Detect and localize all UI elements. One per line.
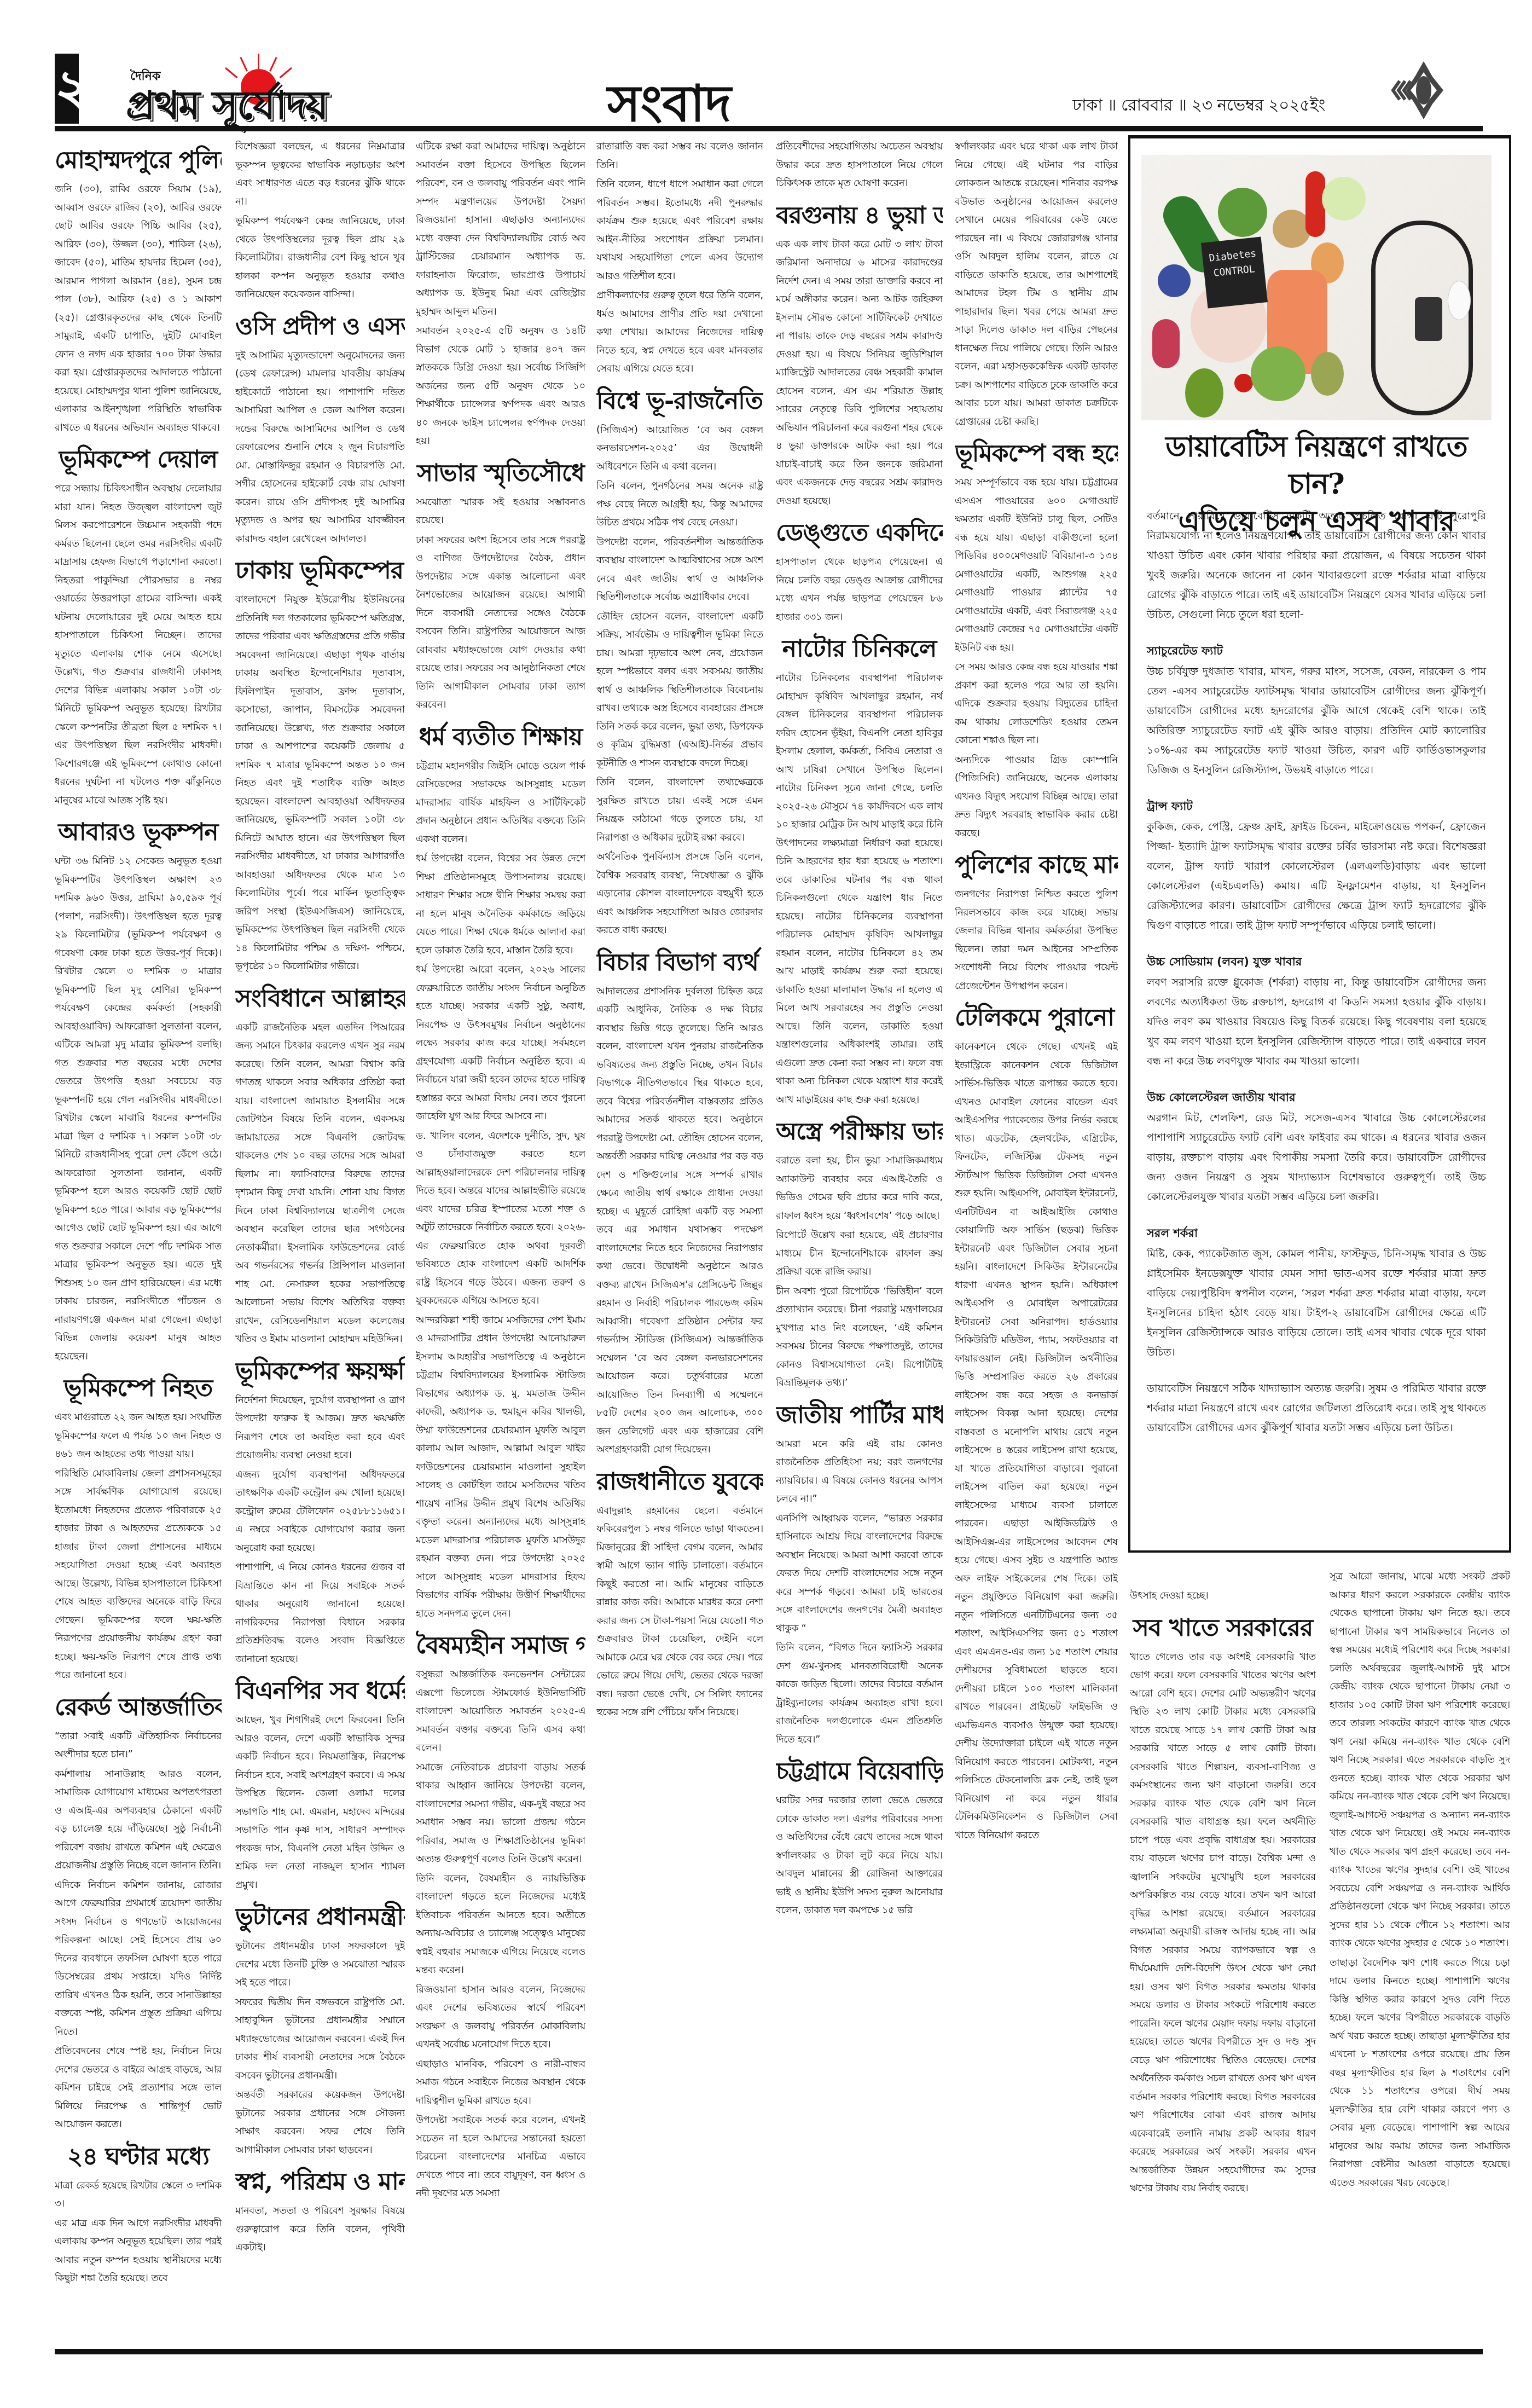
article-text: জনি (৩০), রাব্বি ওরফে সিয়াম (১৯), আব্বা… [55,181,222,437]
article-text: ঢাকা সফরের অংশ হিসেবে তার সঙ্গে পররাষ্ট্… [416,531,585,715]
article-text: নাটোর চিনিকলের ব্যবস্থাপনা পরিচালক মোহাম… [776,669,943,1109]
column-8: সূত্র আরো জানায়, মাঝে মধ্যে সংকট প্রকট … [1330,1568,1510,2345]
diabetes-food-photo: Diabetes CONTROL [1141,155,1492,420]
article-text: মাত্রা রেকর্ড হয়েছে রিখটার স্কেলে ৩ দশম… [55,2177,222,2214]
column-7: উৎসাহ দেওয়া হচ্ছে। সব খাতে সরকারের খাতে… [1130,1587,1316,2345]
article-text: তিনি বলেন, ধাপে ধাপে সমাধান করা গেলে পরি… [596,176,763,286]
article-text: এবং মাগুরাতে ২২ জন আহত হয়। সংঘটিত ভূমিক… [55,1409,222,1464]
article-text: মানবতা, সততা ও পরিবেশ সুরক্ষার বিষয়ে গু… [235,2202,405,2257]
headline[interactable]: বৈষম্যহীন সমাজ গঠনে [416,1629,585,1663]
headline[interactable]: মোহাম্মদপুরে পুলিশের [55,143,222,177]
article-text: এক এক লাখ টাকা করে মোট ৩ লাখ টাকা জরিমান… [776,236,943,511]
article-text: এজন্য দুর্যোগ ব্যবস্থাপনা অধিদফতরে তাৎক্… [235,1466,405,1558]
article-text: হাসপাতাল থেকে ছাড়পত্র পেয়েছেন। এ নিয়ে… [776,553,943,627]
headline[interactable]: সাভার স্মৃতিসৌধে [416,456,585,490]
article-text: বিশেষজ্ঞরা বলছেন, এ ধরনের নিম্নমাত্রার ভ… [235,138,405,211]
article-text: তিনি বলেন, “বিগত দিনে ফ্যাসিস্ট সরকার দে… [776,1639,943,1749]
headline[interactable]: চট্টগ্রামে বিয়েবাড়িতে [776,1755,943,1788]
article-text: সমাবর্তন ২০২৫-এ ৫টি অনুষদ ও ১৪টি বিভাগ থ… [416,322,585,451]
article-text: বরাতে বলা হয়, চীন ভুয়া সামাজিকমাধ্যম অ… [776,1152,943,1225]
article-text: জনগণের নিরাপত্তা নিশ্চিত করতে পুলিশ নিরল… [955,885,1118,995]
column-2: বিশেষজ্ঞরা বলছেন, এ ধরনের নিম্নমাত্রার ভ… [235,138,405,2343]
headline[interactable]: বিচার বিভাগ ব্যর্থ হলে [596,946,763,980]
article-text: (সিজিএস) আয়োজিত ‘বে অব বেঙ্গল কনভারসেশন… [596,421,763,477]
headline[interactable]: অস্ত্রে পরীক্ষায় ভারত [776,1115,943,1149]
article-text: উৎসাহ দেওয়া হচ্ছে। [1130,1587,1316,1606]
article-text: ভুটানের প্রধানমন্ত্রীর ঢাকা সফরকালে দুই … [235,1937,405,1993]
headline[interactable]: ধর্ম ব্যতীত শিক্ষায় [416,720,585,754]
glucometer-icon [1415,297,1442,341]
article-text: সে সময় আরও কেন্দ্র বন্ধ হয়ে যাওয়ার শঙ… [955,658,1118,750]
headline[interactable]: রাজধানীতে যুবকের [596,1465,763,1499]
article-text: বসুন্ধরা আন্তর্জাতিক কনভেনশন সেন্টারের এ… [416,1666,585,1758]
article-text: আন্দরকিল্লা শাহী জামে মসজিদের পেশ ইমাম ও… [416,1312,585,1624]
feature-text: লবণ সরাসরি রক্তে গ্লুকোজ (শর্করা) বাড়ায… [1147,973,1486,1071]
article-text: ধর্ম উপদেষ্টা আরো বলেন, ২০২৬ সালের ফেব্র… [416,961,585,1126]
headline[interactable]: সব খাতে সরকারের [1130,1611,1316,1645]
feature-text: কুকিজ, কেক, পেস্ট্রি, ফ্রেঞ্চ ফ্রাই, ফ্র… [1147,817,1486,935]
article-text: এনসিপি আহ্বায়ক বলেন, “ভারত সরকার হাসিনা… [776,1510,943,1639]
article-text: স্বর্ণালংকার এবং ঘরে থাকা এক লাখ টাকা নি… [955,138,1118,431]
headline[interactable]: বিশ্বে ভূ-রাজনৈতিক [596,384,763,418]
headline[interactable]: ভূমিকম্পে দেয়াল [55,443,222,477]
sun-ray-icon [240,57,248,72]
article-text: ভূমিকম্প পর্যবেক্ষণ কেন্দ্র জানিয়েছে, ঢ… [235,212,405,304]
column-6: স্বর্ণালংকার এবং ঘরে থাকা এক লাখ টাকা নি… [955,138,1118,2343]
article-text: রাতারাতি বন্ধ করা সম্ভব নয় বলেও জানান ত… [596,138,763,175]
radish-icon [1152,319,1180,368]
article-text: পরে সন্ধ্যায় চিকিৎসাধীন অবস্থায় দেলোয়… [55,480,222,810]
headline[interactable]: স্বপ্ন, পরিশ্রম ও মানবিকতার [235,2165,405,2199]
section-title: সংবাদ [607,65,732,149]
feature-headline-line1: ডায়াবেটিস নিয়ন্ত্রণে রাখতে চান? [1141,429,1492,503]
headline[interactable]: সংবিধানে আল্লাহর ওপর [235,982,405,1016]
article-text: তৌহিদ হোসেন বলেন, বাংলাদেশ একটি সক্রিয়,… [596,608,763,773]
article-text: নির্দেশনা দিয়েছেন, দুর্যোগ ব্যবস্থাপনা … [235,1392,405,1465]
article-text: খাতে গেলেও তার বড় অংশই বেসরকারি খাত ভোগ… [1130,1648,1316,2198]
article-text: আমরা মনে করি এই রায় কোনও রাজনৈতিক প্রতি… [776,1435,943,1509]
headline[interactable]: ২৪ ঘণ্টার মধ্যে [55,2140,222,2174]
column-5: প্রতিবেশীদের সহযোগিতায় অচেতন অবস্থায় উ… [776,138,943,2343]
article-text: তিনি বলেন, বৈষম্যহীন ও ন্যায়ভিত্তিক বাং… [416,1870,585,1980]
article-text: পরিস্থিতি মোকাবিলায় জেলা প্রশাসনসমূহের … [55,1465,222,1685]
headline[interactable]: ভূমিকম্পে নিহত [55,1371,222,1405]
feature-subheading: উচ্চ কোলেস্টেরল জাতীয় খাবার [1147,1087,1486,1107]
sun-ray-icon [258,54,259,69]
pills-icon [1448,281,1471,320]
headline[interactable]: ভূমিকম্পের ক্ষয়ক্ষতি [235,1354,405,1388]
article-text: ড. খালিদ বলেন, এদেশকে দুর্নীতি, সুদ, ঘুষ… [416,1127,585,1311]
headline[interactable]: ভুটানের প্রধানমন্ত্রীর সঙ্গে [235,1900,405,1934]
article-text: রিজওয়ানা হাসান আরও বলেন, নিজেদের এবং দে… [416,1981,585,2054]
article-text: আদালতের প্রশাসনিক দুর্বলতা চিহ্নিত করে এ… [596,983,763,1460]
blueberries-icon [1158,264,1191,297]
salad-bowl-icon [1251,346,1305,401]
article-text: তিনি বলেন, পুনর্গঠনের সময় অনেক রাষ্ট্র … [596,477,763,532]
feature-article-diabetes: Diabetes CONTROL ডায়াবেটিস নিয়ন্ত্রণে … [1128,135,1511,1553]
article-text: আছেন, খুব শিগগিরই দেশে ফিরবেন। তিনি আরও … [235,1711,405,1895]
article-text: সূত্র আরো জানায়, মাঝে মধ্যে সংকট প্রকট … [1330,1568,1510,1953]
column-1: মোহাম্মদপুরে পুলিশের জনি (৩০), রাব্বি ওর… [55,138,222,2343]
feature-subheading: উচ্চ সোডিয়াম (লবন) যুক্ত খাবার [1147,952,1486,971]
article-text: ধর্ম উপদেষ্টা বলেন, বিশ্বের সব উন্নত দেশ… [416,850,585,960]
headline[interactable]: পুলিশের কাছে মানুষ আন্তরিক [955,848,1118,882]
article-text: এবাদুল্লাহ রহমানের ছেলে। বর্তমানে ফকিরের… [596,1502,763,1722]
masthead-name: প্রথম সূর্যোদয় [126,76,328,141]
article-text: সমঝোতা স্মারক সই হওয়ার সম্ভাবনাও রয়েছে… [416,494,585,530]
page-number: ২ [55,54,79,124]
feature-body: বর্তমানে সারাবিশ্বে ডায়াবেটিস একটি অত্য… [1147,506,1486,1438]
headline[interactable]: ওসি প্রদীপ ও এসআই [235,310,405,344]
article-text: সময় সম্পূর্ণভাবে বন্ধ হয়ে যায়। চট্টগ্… [955,474,1118,657]
article-text: উপদেষ্টা বলেন, পরিবর্তনশীল আন্তর্জাতিক ব… [596,534,763,607]
article-text: তিনি বলেন, বাংলাদেশ তথ্যক্ষেত্রকে সুরক্ষ… [596,774,763,847]
feature-intro: বর্তমানে সারাবিশ্বে ডায়াবেটিস একটি অত্য… [1147,506,1486,624]
article-text: এটিকে রক্ষা করা আমাদের দায়িত্ব। অনুষ্ঠা… [416,138,585,321]
feature-subheading: স্যাচুরেটেড ফ্যাট [1147,641,1486,661]
headline[interactable]: জাতীয় পার্টির মাধ্যমে [776,1398,943,1432]
article-text: একটি রাজনৈতিক মহল এতদিন পিআরের জন্য সমান… [235,1019,405,1349]
feature-text: ডায়াবেটিস নিয়ন্ত্রণে সঠিক খাদ্যাভ্যাস … [1147,1379,1486,1438]
article-text: রিপোর্টে উল্লেখ করা হয়েছে, এই প্রচারণার… [776,1226,943,1282]
cucumber-slice-icon [1322,177,1366,221]
headline[interactable]: রেকর্ড আন্তর্জাতিক [55,1691,222,1724]
masthead-logo: দৈনিক প্রথম সূর্যোদয় [88,55,345,126]
headline[interactable]: বরগুনায় ৪ ভুয়া ডাক্তারের [776,199,943,233]
header-divider [55,126,1483,131]
footer-divider [55,2349,1483,2354]
headline[interactable]: ডেঙ্গুতে একদিনে [776,516,943,550]
seeds-icon [1311,352,1344,396]
article-text: দুই আসামির মৃত্যুদন্ডাদেশ অনুমোদনের জন্য… [235,347,405,549]
broccoli-icon [1218,188,1267,237]
headline[interactable]: ঢাকায় ভূমিকম্পের ঘটনায় [235,554,405,588]
article-text: “তারা সবাই একটি ঐতিহাসিক নির্বাচনের অংশী… [55,1728,222,1764]
diabetes-control-sign: Diabetes CONTROL [1201,237,1268,309]
article-text: চট্টগ্রাম মহানগরীর জিইসি মোড়ে ওয়েল পার… [416,757,585,849]
feature-text: অরগান মিট, শেলফিশ, রেড মিট, সসেজ-এসব খাব… [1147,1108,1486,1207]
feature-subheading: সরল শর্করা [1147,1223,1486,1243]
feature-text: উচ্চ চর্বিযুক্ত দুধজাত খাবার, মাখন, গরুর… [1147,662,1486,780]
article-text: সমাজে নেতিবাচক প্রচারণা বাড়ায় সতর্ক থা… [416,1759,585,1869]
feature-subheading: ট্রান্স ফ্যাট [1147,796,1486,816]
article-text: অর্থনৈতিক পুনর্বিন্যাস প্রসঙ্গে তিনি বলে… [596,848,763,940]
emblem-icon [1384,60,1444,120]
article-text: প্রাণীকল্যাণের গুরুত্ব তুলে ধরে তিনি বলে… [596,287,763,379]
article-text: চীন অবশ্য পুরো রিপোর্টকে ‘ভিত্তিহীন’ বলে… [776,1283,943,1393]
article-text: এর মাত্র এক দিন আগে নরসিংদীর মাধবদী এলাক… [55,2215,222,2288]
sun-ray-icon [269,57,277,72]
article-text: প্রতিবেদনের শেষে স্পষ্ট হয়, নির্বাচন নি… [55,2042,222,2134]
column-3: এটিকে রক্ষা করা আমাদের দায়িত্ব। অনুষ্ঠা… [416,138,585,2343]
avocado-icon [1185,368,1223,418]
dateline: ঢাকা ॥ রোববার ॥ ২৩ নভেম্বর ২০২৫ইং [1072,92,1325,120]
article-text: পাশাপাশি, এ নিয়ে কোনও ধরনের গুজব বা বিভ… [235,1559,405,1669]
tomato-icon [1234,374,1253,392]
column-4: রাতারাতি বন্ধ করা সম্ভব নয় বলেও জানান ত… [596,138,763,2343]
article-text: সফরের দ্বিতীয় দিন বঙ্গভবনে রাষ্ট্রপতি ম… [235,1994,405,2086]
headline[interactable]: আবারও ভূকম্পন [55,815,222,849]
headline[interactable]: বিএনপির সব ধর্মের প্রতি [235,1674,405,1708]
headline[interactable]: ভূমিকম্পে বন্ধ হয়ে [955,437,1118,471]
article-text: ঘন্টা ৩৬ মিনিট ১২ সেকেন্ড অনুভূত হওয়া ভ… [55,853,222,1366]
article-text: ঘরটির সদর দরজার তালা ভেঙে ভেতরে ঢোকে ডাক… [776,1792,943,1920]
article-text: কানেকশনে থেকে গেছে। এখনই এই ইন্ডাস্ট্রিক… [955,1038,1118,1845]
article-text: তাছাড়া বৈদেশিক ঋণ শোধ করতে গিয়ে চড়া দ… [1330,1954,1510,2193]
article-text: কর্মশালায় সানাউল্লাহ আরও বলেন, সামাজিক … [55,1766,222,1876]
headline[interactable]: নাটোর চিনিকলে [776,632,943,666]
article-text: উপদেষ্টা সবাইকে সতর্ক করে বলেন, এখনই সচে… [416,2111,585,2203]
article-text: এদিকে নির্বাচন কমিশন জানায়, রোজার আগে ফ… [55,1877,222,2042]
article-text: অন্যদিকে পাওয়ার গ্রিড কোম্পানি (পিজিসিব… [955,751,1118,843]
article-text: অন্তর্বর্তী সরকারের কয়েকজন উপদেষ্টা ভুট… [235,2086,405,2160]
article-text: এছাড়াও মানবিক, পরিবেশ ও নারী-বান্ধব সমা… [416,2056,585,2111]
article-text: প্রতিবেশীদের সহযোগিতায় অচেতন অবস্থায় উ… [776,138,943,193]
feature-text: মিষ্টি, কেক, প্যাকেটজাত জুস, কোমল পানীয়… [1147,1244,1486,1362]
article-text: বাংলাদেশে নিযুক্ত ইউরোপীয় ইউনিয়নের প্র… [235,591,405,976]
headline[interactable]: টেলিকমে পুরানো লাইসেন্স [955,1001,1118,1035]
